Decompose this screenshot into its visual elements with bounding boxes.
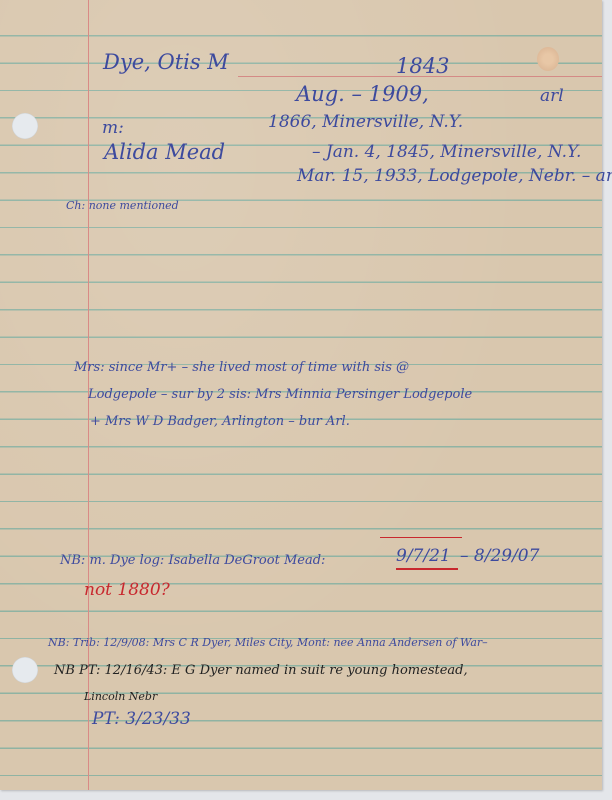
stain-spot (537, 47, 559, 71)
index-card-sheet: Dye, Otis M 1843 Aug. – 1909, arl m: 186… (0, 0, 602, 790)
children-note: Ch: none mentioned (66, 199, 179, 212)
red-overline (380, 537, 462, 538)
spouse-death: Mar. 15, 1933, Lodgepole, Nebr. – arl (297, 166, 612, 186)
note-line-2: Lodgepole – sur by 2 sis: Mrs Minnia Per… (88, 387, 472, 402)
person-name: Dye, Otis M (103, 50, 229, 74)
note-line-3: + Mrs W D Badger, Arlington – bur Arl. (90, 414, 350, 429)
punch-hole-top (12, 113, 38, 139)
nb-mead-date-start: 9/7/21 (396, 546, 451, 566)
nb-tribune-note: NB: Trib: 12/9/08: Mrs C R Dyer, Miles C… (48, 636, 488, 649)
marriage-date-place: 1866, Minersville, N.Y. (268, 112, 463, 132)
spouse-name: Alida Mead (104, 140, 225, 164)
nb-mead-text: NB: m. Dye log: Isabella DeGroot Mead: (60, 553, 325, 568)
punch-hole-bottom (12, 657, 38, 683)
note-line-1: Mrs: since Mr+ – she lived most of time … (74, 360, 409, 375)
marriage-label: m: (102, 118, 124, 138)
birth-year: 1843 (396, 54, 449, 78)
lincoln-note: Lincoln Nebr (84, 690, 157, 703)
nb-mead-date-end: – 8/29/07 (460, 546, 539, 566)
red-underline (396, 568, 458, 570)
pt-date: PT: 3/23/33 (92, 709, 191, 729)
place-code: arl (540, 86, 564, 106)
correction-note: not 1880? (84, 580, 170, 600)
nb-pt-note: NB PT: 12/16/43: E G Dyer named in suit … (54, 663, 468, 678)
death-date: Aug. – 1909, (296, 82, 429, 106)
spouse-birth: – Jan. 4, 1845, Minersville, N.Y. (312, 142, 581, 162)
